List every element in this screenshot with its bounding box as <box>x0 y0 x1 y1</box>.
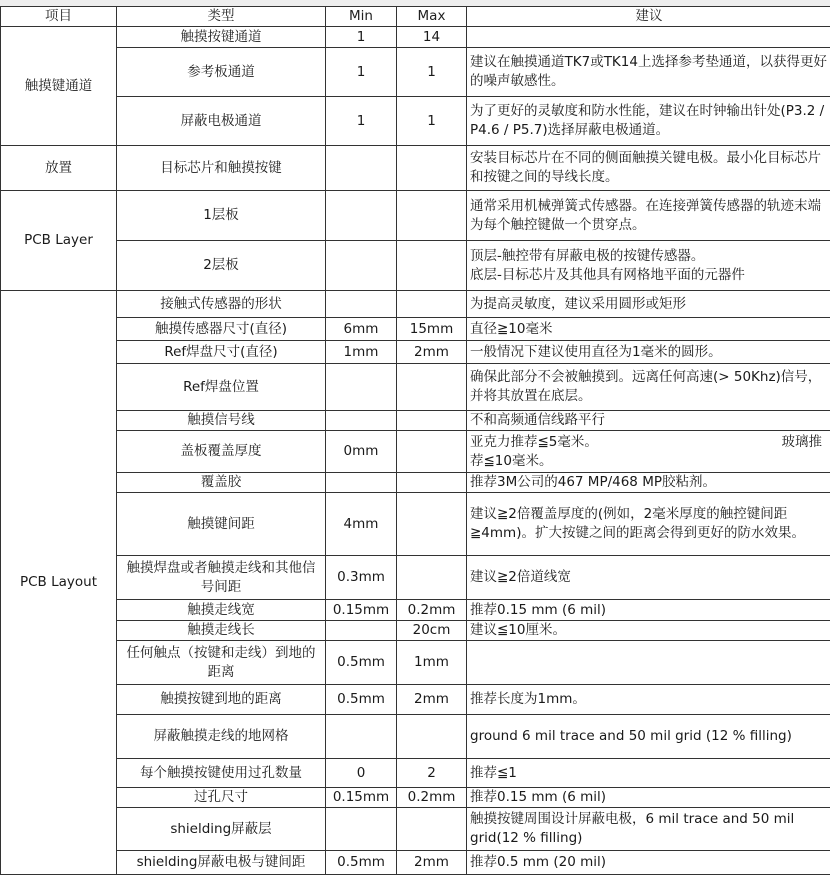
cell-suggestion <box>467 27 830 48</box>
cell-min <box>326 808 397 851</box>
cell-type: Ref焊盘尺寸(直径) <box>117 341 326 364</box>
cell-suggestion: 建议≧2倍覆盖厚度的(例如，2毫米厚度的触控键间距≧4mm)。扩大按键之间的距离… <box>467 493 830 556</box>
cell-type: 盖板覆盖厚度 <box>117 431 326 473</box>
cell-min <box>326 473 397 493</box>
cell-suggestion: ground 6 mil trace and 50 mil grid (12 %… <box>467 715 830 759</box>
cell-suggestion: 推荐3M公司的467 MP/468 MP胶粘剂。 <box>467 473 830 493</box>
cell-min: 0 <box>326 759 397 788</box>
cell-min <box>326 621 397 641</box>
cell-suggestion: 通常采用机械弹簧式传感器。在连接弹簧传感器的轨迹末端为每个触控键做一个贯穿点。 <box>467 191 830 241</box>
cell-min: 6mm <box>326 318 397 341</box>
table-row: 2层板 顶层-触控带有屏蔽电极的按键传感器。 底层-目标芯片及其他具有网格地平面… <box>1 241 830 291</box>
cell-suggestion: 安装目标芯片在不同的侧面触摸关键电极。最小化目标芯片和按键之间的导线长度。 <box>467 146 830 191</box>
cell-suggestion: 推荐0.15 mm (6 mil) <box>467 788 830 808</box>
cell-max: 1mm <box>397 641 467 685</box>
cell-max <box>397 473 467 493</box>
table-row: 触摸焊盘或者触摸走线和其他信号间距 0.3mm 建议≧2倍道线宽 <box>1 556 830 600</box>
header-max: Max <box>397 7 467 27</box>
cell-suggestion: 推荐0.5 mm (20 mil) <box>467 851 830 875</box>
cell-type: 触摸焊盘或者触摸走线和其他信号间距 <box>117 556 326 600</box>
table-row: 屏蔽电极通道 1 1 为了更好的灵敏度和防水性能，建议在时钟输出针处(P3.2 … <box>1 97 830 146</box>
table-row: 触摸键通道 触摸按键通道 1 14 <box>1 27 830 48</box>
cell-type: 任何触点（按键和走线）到地的距离 <box>117 641 326 685</box>
cell-suggestion: 触摸按键周围设计屏蔽电极，6 mil trace and 50 mil grid… <box>467 808 830 851</box>
cell-max <box>397 364 467 411</box>
cell-max: 2mm <box>397 685 467 715</box>
cell-suggestion: 一般情况下建议使用直径为1毫米的圆形。 <box>467 341 830 364</box>
cell-suggestion: 建议≧2倍道线宽 <box>467 556 830 600</box>
table-row: 任何触点（按键和走线）到地的距离 0.5mm 1mm <box>1 641 830 685</box>
cell-max <box>397 146 467 191</box>
cell-min <box>326 291 397 318</box>
suggestion-glass: 玻璃推 <box>782 433 823 452</box>
suggestion-line: 荐≦10毫米。 <box>470 452 828 471</box>
cell-type: 触摸传感器尺寸(直径) <box>117 318 326 341</box>
cell-max <box>397 291 467 318</box>
cell-min: 1 <box>326 27 397 48</box>
cell-suggestion: 亚克力推荐≦5毫米。 玻璃推 荐≦10毫米。 <box>467 431 830 473</box>
cell-suggestion: 不和高频通信线路平行 <box>467 411 830 431</box>
cell-max: 1 <box>397 48 467 97</box>
header-min: Min <box>326 7 397 27</box>
cell-max <box>397 431 467 473</box>
cell-max: 14 <box>397 27 467 48</box>
table-row: 参考板通道 1 1 建议在触摸通道TK7或TK14上选择参考垫通道，以获得更好的… <box>1 48 830 97</box>
suggestion-line: 顶层-触控带有屏蔽电极的按键传感器。 <box>470 247 828 266</box>
cell-min <box>326 364 397 411</box>
cell-max: 15mm <box>397 318 467 341</box>
touch-design-spec-table: 项目 类型 Min Max 建议 触摸键通道 触摸按键通道 1 14 参考板通道… <box>0 6 830 875</box>
table-row: 触摸走线宽 0.15mm 0.2mm 推荐0.15 mm (6 mil) <box>1 600 830 621</box>
table-row: PCB Layout 接触式传感器的形状 为提高灵敏度，建议采用圆形或矩形 <box>1 291 830 318</box>
table-row: 触摸传感器尺寸(直径) 6mm 15mm 直径≧10毫米 <box>1 318 830 341</box>
cell-type: 2层板 <box>117 241 326 291</box>
cell-type: 触摸信号线 <box>117 411 326 431</box>
cell-suggestion: 直径≧10毫米 <box>467 318 830 341</box>
cell-type: shielding屏蔽电极与键间距 <box>117 851 326 875</box>
table-row: shielding屏蔽层 触摸按键周围设计屏蔽电极，6 mil trace an… <box>1 808 830 851</box>
cell-type: 接触式传感器的形状 <box>117 291 326 318</box>
group-pcb-layout: PCB Layout <box>1 291 117 875</box>
cell-max <box>397 808 467 851</box>
cell-type: Ref焊盘位置 <box>117 364 326 411</box>
table-row: 触摸按键到地的距离 0.5mm 2mm 推荐长度为1mm。 <box>1 685 830 715</box>
cell-suggestion: 建议≦10厘米。 <box>467 621 830 641</box>
cell-max: 2mm <box>397 851 467 875</box>
cell-type: 每个触摸按键使用过孔数量 <box>117 759 326 788</box>
cell-max: 0.2mm <box>397 600 467 621</box>
cell-type: 过孔尺寸 <box>117 788 326 808</box>
cell-min: 0.15mm <box>326 600 397 621</box>
cell-suggestion: 为提高灵敏度，建议采用圆形或矩形 <box>467 291 830 318</box>
cell-min: 0.5mm <box>326 685 397 715</box>
cell-suggestion: 推荐0.15 mm (6 mil) <box>467 600 830 621</box>
header-suggestion: 建议 <box>467 7 830 27</box>
cell-max: 2mm <box>397 341 467 364</box>
cell-type: 触摸按键通道 <box>117 27 326 48</box>
cell-suggestion: 推荐长度为1mm。 <box>467 685 830 715</box>
header-row: 项目 类型 Min Max 建议 <box>1 7 830 27</box>
cell-min <box>326 411 397 431</box>
cell-max <box>397 493 467 556</box>
cell-max <box>397 191 467 241</box>
table-row: 盖板覆盖厚度 0mm 亚克力推荐≦5毫米。 玻璃推 荐≦10毫米。 <box>1 431 830 473</box>
cell-min: 1mm <box>326 341 397 364</box>
cell-max: 0.2mm <box>397 788 467 808</box>
cell-max <box>397 715 467 759</box>
table-row: 覆盖胶 推荐3M公司的467 MP/468 MP胶粘剂。 <box>1 473 830 493</box>
cell-min: 0.5mm <box>326 851 397 875</box>
cell-max: 20cm <box>397 621 467 641</box>
cell-max: 2 <box>397 759 467 788</box>
cell-min <box>326 191 397 241</box>
cell-min: 0.3mm <box>326 556 397 600</box>
cell-min: 1 <box>326 97 397 146</box>
cell-type: 触摸走线长 <box>117 621 326 641</box>
cell-suggestion: 建议在触摸通道TK7或TK14上选择参考垫通道，以获得更好的噪声敏感性。 <box>467 48 830 97</box>
table-row: 触摸信号线 不和高频通信线路平行 <box>1 411 830 431</box>
cell-suggestion <box>467 641 830 685</box>
suggestion-acrylic: 亚克力推荐≦5毫米。 <box>470 433 598 452</box>
cell-type: 目标芯片和触摸按键 <box>117 146 326 191</box>
cell-type: 屏蔽电极通道 <box>117 97 326 146</box>
table-row: Ref焊盘位置 确保此部分不会被触摸到。远离任何高速(> 50Khz)信号，并将… <box>1 364 830 411</box>
cell-type: 覆盖胶 <box>117 473 326 493</box>
header-type: 类型 <box>117 7 326 27</box>
cell-min: 1 <box>326 48 397 97</box>
table-row: 屏蔽触摸走线的地网格 ground 6 mil trace and 50 mil… <box>1 715 830 759</box>
table-row: 触摸走线长 20cm 建议≦10厘米。 <box>1 621 830 641</box>
cell-min <box>326 146 397 191</box>
cell-type: 触摸按键到地的距离 <box>117 685 326 715</box>
cell-suggestion: 顶层-触控带有屏蔽电极的按键传感器。 底层-目标芯片及其他具有网格地平面的元器件 <box>467 241 830 291</box>
cell-type: shielding屏蔽层 <box>117 808 326 851</box>
table-row: 每个触摸按键使用过孔数量 0 2 推荐≦1 <box>1 759 830 788</box>
group-placement: 放置 <box>1 146 117 191</box>
suggestion-line: 亚克力推荐≦5毫米。 玻璃推 <box>470 433 828 452</box>
cell-min: 0.15mm <box>326 788 397 808</box>
cell-suggestion: 为了更好的灵敏度和防水性能，建议在时钟输出针处(P3.2 / P4.6 / P5… <box>467 97 830 146</box>
table-row: Ref焊盘尺寸(直径) 1mm 2mm 一般情况下建议使用直径为1毫米的圆形。 <box>1 341 830 364</box>
suggestion-line: 底层-目标芯片及其他具有网格地平面的元器件 <box>470 266 828 285</box>
cell-type: 参考板通道 <box>117 48 326 97</box>
table-row: 触摸键间距 4mm 建议≧2倍覆盖厚度的(例如，2毫米厚度的触控键间距≧4mm)… <box>1 493 830 556</box>
group-touch-channel: 触摸键通道 <box>1 27 117 146</box>
cell-type: 1层板 <box>117 191 326 241</box>
cell-type: 触摸键间距 <box>117 493 326 556</box>
group-pcb-layer: PCB Layer <box>1 191 117 291</box>
cell-min <box>326 241 397 291</box>
cell-min: 0mm <box>326 431 397 473</box>
cell-suggestion: 确保此部分不会被触摸到。远离任何高速(> 50Khz)信号，并将其放置在底层。 <box>467 364 830 411</box>
table-row: 放置 目标芯片和触摸按键 安装目标芯片在不同的侧面触摸关键电极。最小化目标芯片和… <box>1 146 830 191</box>
cell-type: 触摸走线宽 <box>117 600 326 621</box>
cell-max <box>397 411 467 431</box>
header-item: 项目 <box>1 7 117 27</box>
cell-min <box>326 715 397 759</box>
table-row: 过孔尺寸 0.15mm 0.2mm 推荐0.15 mm (6 mil) <box>1 788 830 808</box>
cell-max: 1 <box>397 97 467 146</box>
cell-min: 4mm <box>326 493 397 556</box>
cell-max <box>397 556 467 600</box>
cell-min: 0.5mm <box>326 641 397 685</box>
table-row: PCB Layer 1层板 通常采用机械弹簧式传感器。在连接弹簧传感器的轨迹末端… <box>1 191 830 241</box>
cell-max <box>397 241 467 291</box>
cell-suggestion: 推荐≦1 <box>467 759 830 788</box>
cell-type: 屏蔽触摸走线的地网格 <box>117 715 326 759</box>
table-row: shielding屏蔽电极与键间距 0.5mm 2mm 推荐0.5 mm (20… <box>1 851 830 875</box>
